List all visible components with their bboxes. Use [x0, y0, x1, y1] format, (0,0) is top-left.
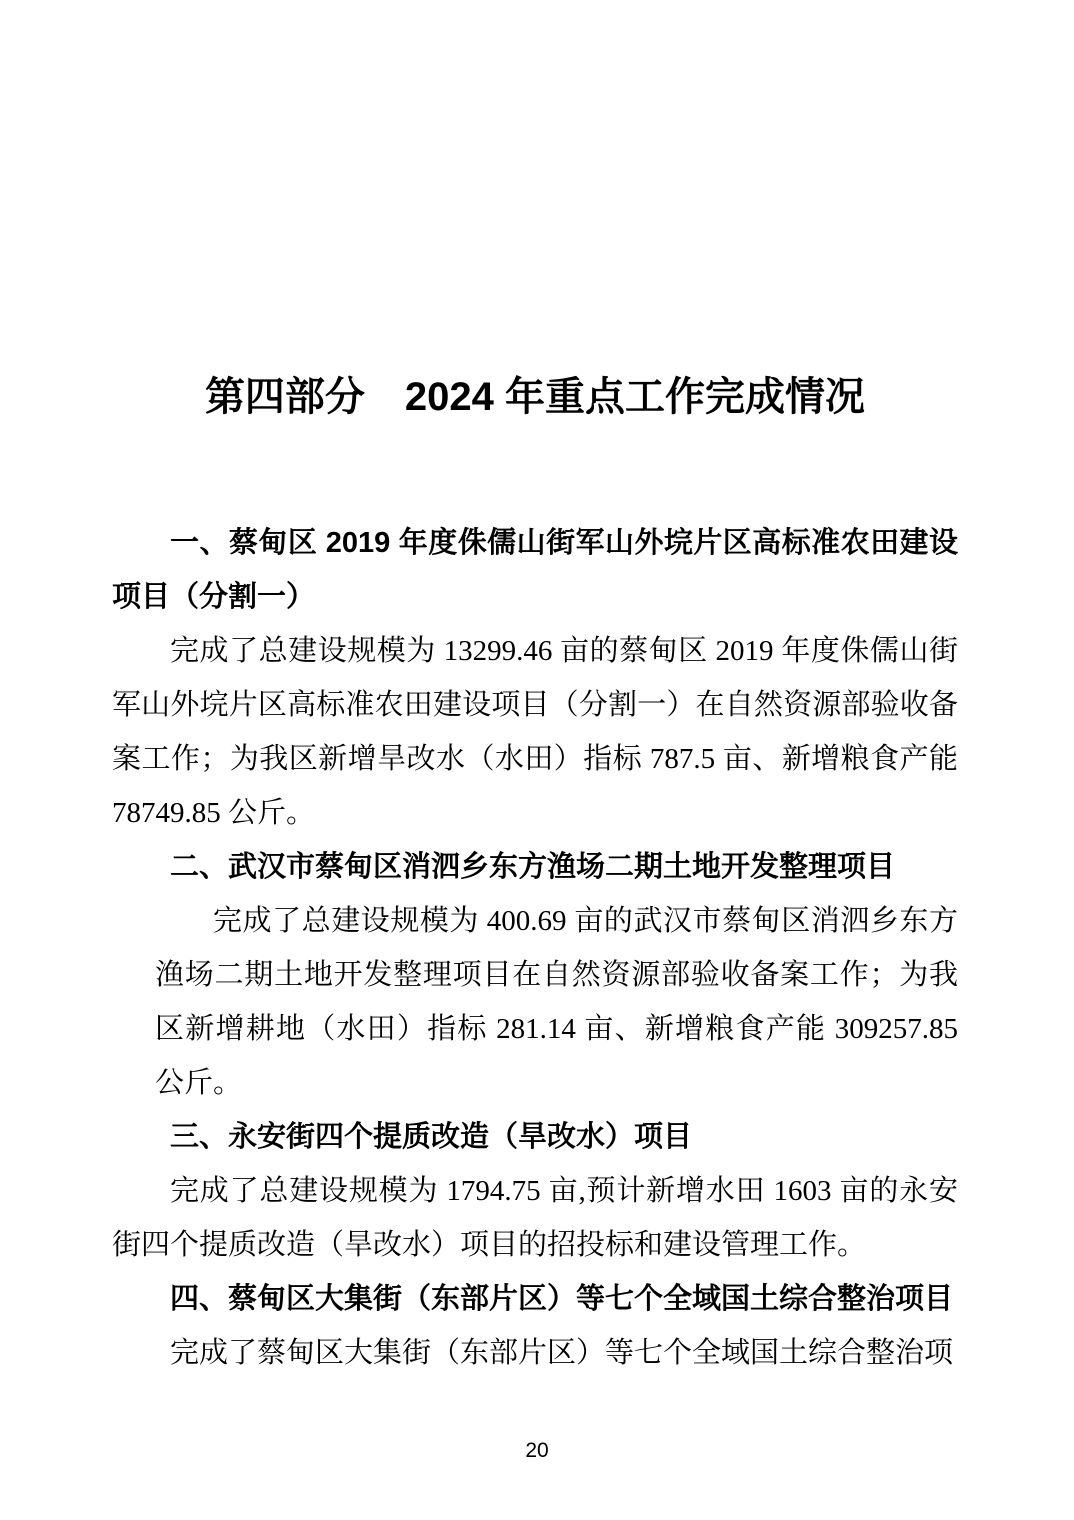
section-4: 四、蔡甸区大集街（东部片区）等七个全域国土综合整治项目 完成了蔡甸区大集街（东部… — [112, 1272, 958, 1380]
document-title: 第四部分 2024 年重点工作完成情况 — [112, 370, 958, 425]
section-2: 二、武汉市蔡甸区消泗乡东方渔场二期土地开发整理项目 完成了总建设规模为 400.… — [112, 840, 958, 1110]
section-4-heading: 四、蔡甸区大集街（东部片区）等七个全域国土综合整治项目 — [112, 1272, 958, 1326]
section-1-heading: 一、蔡甸区 2019 年度侏儒山街军山外垸片区高标准农田建设项目（分割一） — [112, 516, 958, 624]
section-2-paragraph: 完成了总建设规模为 400.69 亩的武汉市蔡甸区消泗乡东方渔场二期土地开发整理… — [155, 894, 958, 1110]
section-1-paragraph: 完成了总建设规模为 13299.46 亩的蔡甸区 2019 年度侏儒山街军山外垸… — [112, 624, 958, 840]
section-3-heading: 三、永安街四个提质改造（旱改水）项目 — [112, 1110, 958, 1164]
document-page: 第四部分 2024 年重点工作完成情况 一、蔡甸区 2019 年度侏儒山街军山外… — [0, 0, 1074, 1520]
page-number: 20 — [0, 1438, 1074, 1464]
section-3-paragraph: 完成了总建设规模为 1794.75 亩,预计新增水田 1603 亩的永安街四个提… — [112, 1164, 958, 1272]
section-3: 三、永安街四个提质改造（旱改水）项目 完成了总建设规模为 1794.75 亩,预… — [112, 1110, 958, 1272]
section-4-paragraph: 完成了蔡甸区大集街（东部片区）等七个全域国土综合整治项 — [112, 1326, 958, 1380]
section-1: 一、蔡甸区 2019 年度侏儒山街军山外垸片区高标准农田建设项目（分割一） 完成… — [112, 516, 958, 840]
section-2-heading: 二、武汉市蔡甸区消泗乡东方渔场二期土地开发整理项目 — [112, 840, 958, 894]
